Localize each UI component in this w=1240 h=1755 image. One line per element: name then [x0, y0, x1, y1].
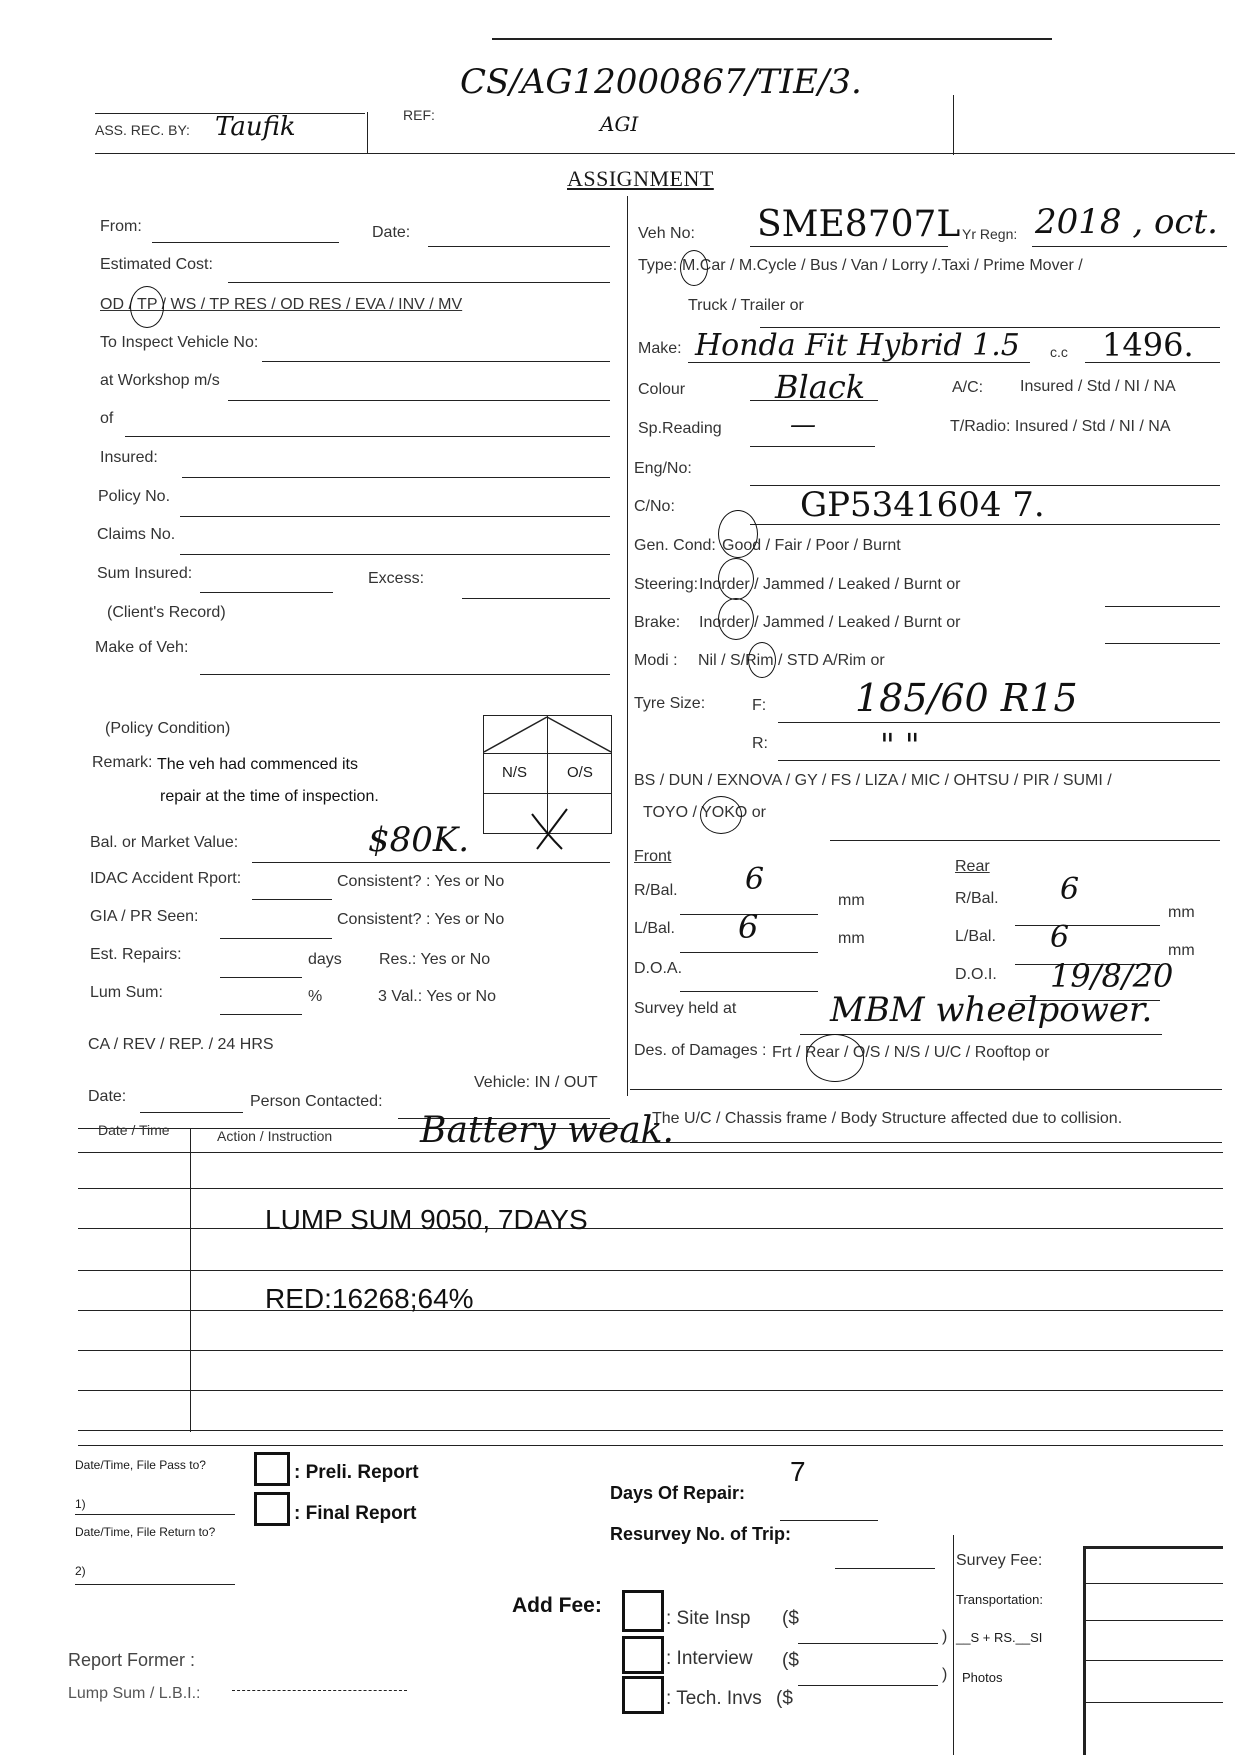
modi-options[interactable]: Nil / S/Rim / STD A/Rim or — [698, 652, 885, 670]
insured-label: Insured: — [100, 449, 158, 467]
make-of-veh-field[interactable] — [200, 674, 610, 675]
log-entry: LUMP SUM 9050, 7DAYS — [265, 1204, 588, 1236]
site-insp-close: ) — [942, 1628, 947, 1646]
fee-box-top — [1083, 1546, 1223, 1549]
report-former-label: Report Former : — [68, 1650, 195, 1671]
excess-field[interactable] — [462, 598, 610, 599]
log-entry: RED:16268;64% — [265, 1283, 474, 1315]
steering-selected-circle — [718, 558, 754, 600]
tech-invs-checkbox[interactable] — [622, 1676, 664, 1714]
damages-other-field[interactable] — [630, 1089, 1222, 1090]
interview-checkbox[interactable] — [622, 1636, 664, 1674]
remark-line-1: The veh had commenced its — [157, 756, 358, 774]
fee-box-row[interactable] — [1086, 1660, 1223, 1661]
lum-sum-field[interactable] — [220, 1014, 302, 1015]
remark-label: Remark: — [92, 754, 152, 772]
front-rbal-label: R/Bal. — [634, 882, 678, 900]
type-selected-circle — [680, 250, 708, 286]
modi-label: Modi : — [634, 652, 678, 670]
type-label: Type: — [638, 257, 677, 275]
steering-label: Steering: — [634, 576, 698, 594]
fee-panel-divider — [953, 1535, 954, 1755]
claims-label: Claims No. — [97, 526, 175, 544]
type-options-2[interactable]: Truck / Trailer or — [688, 297, 804, 315]
claims-field[interactable] — [180, 554, 610, 555]
fee-box-row[interactable] — [1086, 1620, 1223, 1621]
header-divider-right — [953, 95, 954, 155]
final-report-checkbox[interactable] — [254, 1492, 290, 1526]
tyre-rear-label: R: — [752, 735, 768, 753]
log-row-line — [78, 1228, 1223, 1229]
yr-regn-field[interactable] — [1032, 246, 1227, 247]
resurvey-field[interactable] — [835, 1568, 935, 1569]
from-label: From: — [100, 218, 142, 236]
make-of-veh-label: Make of Veh: — [95, 639, 188, 657]
log-top-rule-right — [630, 1142, 1222, 1143]
date2-label: Date: — [88, 1088, 126, 1106]
tyre-size-label: Tyre Size: — [634, 695, 705, 713]
doi-label: D.O.I. — [955, 966, 997, 984]
estimated-cost-label: Estimated Cost: — [100, 256, 213, 274]
ass-rec-by-value: Taufik — [215, 112, 296, 142]
policy-field[interactable] — [180, 516, 610, 517]
rear-rbal-label: R/Bal. — [955, 890, 999, 908]
workshop-field[interactable] — [228, 400, 610, 401]
log-row-line — [78, 1188, 1223, 1189]
gia-consistent[interactable]: Consistent? : Yes or No — [337, 911, 504, 929]
insured-field[interactable] — [182, 477, 610, 478]
sum-insured-field[interactable] — [200, 592, 333, 593]
gen-cond-selected-circle — [718, 510, 758, 558]
vehicle-side-diagram: N/S O/S — [483, 715, 612, 834]
claim-type-selected-circle — [130, 286, 164, 328]
survey-held-value: MBM wheelpower. — [830, 990, 1152, 1030]
make-label: Make: — [638, 340, 682, 358]
file-return-label: Date/Time, File Return to? — [75, 1525, 215, 1539]
log-row-line — [78, 1310, 1223, 1311]
ns-label: N/S — [502, 764, 527, 781]
rear-lbal-value: 6 — [1050, 920, 1069, 955]
header-divider — [367, 112, 368, 154]
policy-label: Policy No. — [98, 488, 170, 506]
front-lbal-mm: mm — [838, 930, 865, 948]
header-bottom-rule — [95, 153, 1235, 154]
of-label: of — [100, 410, 113, 428]
log-column-divider — [190, 1128, 191, 1432]
sp-reading-field[interactable] — [750, 446, 875, 447]
interview-amount-field[interactable] — [798, 1685, 938, 1686]
three-val-options[interactable]: 3 Val.: Yes or No — [378, 988, 496, 1006]
days-of-repair-label: Days Of Repair: — [610, 1483, 745, 1504]
resurvey-label: Resurvey No. of Trip: — [610, 1524, 791, 1545]
res-options[interactable]: Res.: Yes or No — [379, 951, 490, 969]
clients-record-label: (Client's Record) — [107, 604, 226, 622]
sp-reading-value: — — [790, 410, 816, 440]
rear-rbal-field[interactable] — [1015, 925, 1160, 926]
survey-held-label: Survey held at — [634, 1000, 736, 1018]
ac-label: A/C: — [952, 379, 983, 397]
veh-no-field[interactable] — [750, 246, 948, 247]
tyre-rear-value: " " — [880, 726, 920, 764]
brake-label: Brake: — [634, 614, 680, 632]
veh-no-value: SME8707L — [757, 204, 960, 245]
photos-label: Photos — [962, 1670, 1002, 1685]
chassis-note: The U/C / Chassis frame / Body Structure… — [652, 1110, 1122, 1128]
idac-field[interactable] — [252, 899, 332, 900]
item-2-label: 2) — [75, 1564, 86, 1578]
gia-label: GIA / PR Seen: — [90, 908, 199, 926]
tyre-front-value: 185/60 R15 — [855, 676, 1078, 720]
column-divider — [627, 196, 628, 1096]
steering-other-field[interactable] — [1105, 606, 1220, 607]
estimated-cost-field[interactable] — [228, 282, 610, 283]
tyre-front-field[interactable] — [778, 722, 1220, 723]
colour-label: Colour — [638, 381, 685, 399]
colour-value: Black — [775, 368, 865, 406]
inspect-vehicle-field[interactable] — [262, 361, 610, 362]
footer-top-rule — [78, 1445, 1223, 1446]
ref-sub: AGI — [600, 112, 638, 136]
damages-selected-circle — [806, 1034, 864, 1082]
remark-line-2: repair at the time of inspection. — [160, 788, 379, 806]
sp-reading-label: Sp.Reading — [638, 420, 722, 438]
survey-held-field[interactable] — [800, 1034, 1162, 1035]
est-repairs-field[interactable] — [220, 977, 302, 978]
front-rbal-mm: mm — [838, 892, 865, 910]
excess-label: Excess: — [368, 570, 424, 588]
tech-invs-label: : Tech. Invs — [666, 1688, 762, 1710]
policy-condition-label: (Policy Condition) — [105, 720, 230, 738]
make-value: Honda Fit Hybrid 1.5 — [695, 328, 1020, 363]
cross-mark-icon — [522, 804, 582, 854]
tyre-brand-selected-circle — [700, 796, 742, 834]
log-action-header: Action / Instruction — [217, 1128, 332, 1144]
tradio-options[interactable]: T/Radio: Insured / Std / NI / NA — [950, 418, 1171, 436]
front-lbal-field[interactable] — [680, 952, 818, 953]
days-of-repair-value: 7 — [790, 1456, 806, 1488]
of-field[interactable] — [125, 436, 610, 437]
date-field[interactable] — [428, 246, 610, 247]
preli-report-checkbox[interactable] — [254, 1452, 290, 1486]
interview-close: ) — [942, 1666, 947, 1684]
market-value-label: Bal. or Market Value: — [90, 834, 238, 852]
date2-field[interactable] — [140, 1112, 243, 1113]
eng-no-label: Eng/No: — [634, 460, 692, 478]
vehicle-in-out[interactable]: Vehicle: IN / OUT — [474, 1074, 598, 1092]
ca-rev-rep-options[interactable]: CA / REV / REP. / 24 HRS — [88, 1036, 274, 1054]
days-of-repair-field[interactable] — [780, 1520, 878, 1521]
idac-consistent[interactable]: Consistent? : Yes or No — [337, 873, 504, 891]
tyre-brands-1[interactable]: BS / DUN / EXNOVA / GY / FS / LIZA / MIC… — [634, 772, 1112, 790]
from-field[interactable] — [152, 242, 339, 243]
lum-sum-label: Lum Sum: — [90, 984, 163, 1002]
date-label: Date: — [372, 224, 410, 242]
tyre-front-label: F: — [752, 697, 766, 715]
log-row-line — [78, 1430, 1223, 1431]
ac-options[interactable]: Insured / Std / NI / NA — [1020, 378, 1176, 396]
damages-label: Des. of Damages : — [634, 1042, 767, 1060]
cc-value: 1496. — [1102, 326, 1194, 364]
type-options-1[interactable]: M.Car / M.Cycle / Bus / Van / Lorry /.Ta… — [682, 257, 1083, 275]
yr-regn-label: Yr Regn: — [962, 226, 1017, 242]
front-lbal-value: 6 — [738, 908, 758, 946]
modi-selected-circle — [748, 642, 776, 678]
interview-dollar: ($ — [782, 1650, 799, 1672]
log-row-line — [78, 1270, 1223, 1271]
log-handwritten-note: Battery weak. — [420, 1110, 674, 1151]
transport-formula: __S + RS.__SI — [956, 1630, 1042, 1645]
site-insp-checkbox[interactable] — [622, 1590, 664, 1632]
fee-box-left — [1083, 1546, 1086, 1755]
final-report-label: : Final Report — [294, 1503, 416, 1525]
ass-rec-by-label: ASS. REC. BY: — [95, 122, 190, 138]
site-insp-dollar: ($ — [782, 1608, 799, 1630]
market-value-field[interactable] — [252, 862, 610, 863]
rear-rbal-mm: mm — [1168, 904, 1195, 922]
lump-sum-lbi-label: Lump Sum / L.B.I.: — [68, 1685, 201, 1703]
cc-label: c.c — [1050, 344, 1068, 360]
days-label: days — [308, 951, 342, 969]
log-row-line — [78, 1390, 1223, 1391]
workshop-label: at Workshop m/s — [100, 372, 220, 390]
c-no-label: C/No: — [634, 498, 675, 516]
ref-label: REF: — [403, 107, 435, 123]
fee-box-row[interactable] — [1086, 1583, 1223, 1584]
report-former-field[interactable] — [232, 1690, 407, 1691]
front-lbal-label: L/Bal. — [634, 920, 675, 938]
site-insp-amount-field[interactable] — [798, 1643, 938, 1644]
item-1-label: 1) — [75, 1497, 86, 1511]
front-rbal-value: 6 — [745, 862, 764, 897]
gia-field[interactable] — [220, 938, 332, 939]
rear-lbal-label: L/Bal. — [955, 928, 996, 946]
preli-report-label: : Preli. Report — [294, 1462, 419, 1484]
rear-label: Rear — [955, 858, 990, 876]
tech-invs-dollar: ($ — [776, 1688, 793, 1710]
inspect-vehicle-label: To Inspect Vehicle No: — [100, 334, 258, 352]
fee-box-row[interactable] — [1086, 1702, 1223, 1703]
log-row-line — [78, 1350, 1223, 1351]
transportation-label: Transportation: — [956, 1592, 1043, 1607]
front-label: Front — [634, 848, 671, 866]
brake-selected-circle — [718, 598, 754, 640]
yr-regn-value: 2018 , oct. — [1035, 202, 1218, 242]
file-pass-field[interactable] — [75, 1514, 235, 1515]
add-fee-label: Add Fee: — [512, 1594, 602, 1618]
survey-fee-label: Survey Fee: — [956, 1552, 1042, 1570]
doa-label: D.O.A. — [634, 960, 682, 978]
page-title: ASSIGNMENT — [567, 166, 714, 192]
market-value: $80K. — [368, 820, 469, 860]
doa-field[interactable] — [680, 991, 818, 992]
interview-label: : Interview — [666, 1648, 753, 1670]
gen-cond-label: Gen. Cond: — [634, 537, 716, 555]
rear-rbal-value: 6 — [1060, 872, 1079, 907]
veh-no-label: Veh No: — [638, 225, 695, 243]
file-pass-label: Date/Time, File Pass to? — [75, 1458, 206, 1472]
percent-label: % — [308, 988, 322, 1006]
est-repairs-label: Est. Repairs: — [90, 946, 182, 964]
ref-value: CS/AG12000867/TIE/3. — [460, 62, 862, 102]
tyre-brand-other-field[interactable] — [830, 840, 1220, 841]
c-no-value: GP5341604 7. — [800, 485, 1045, 525]
log-row-line — [78, 1152, 1223, 1153]
person-contacted-label: Person Contacted: — [250, 1093, 383, 1111]
sum-insured-label: Sum Insured: — [97, 565, 192, 583]
top-rule — [492, 38, 1052, 40]
site-insp-label: : Site Insp — [666, 1608, 751, 1630]
brake-other-field[interactable] — [1105, 643, 1220, 644]
tyre-rear-field[interactable] — [778, 760, 1220, 761]
os-label: O/S — [567, 764, 593, 781]
file-return-field[interactable] — [75, 1584, 235, 1585]
log-date-time-header: Date / Time — [98, 1122, 170, 1138]
idac-label: IDAC Accident Rport: — [90, 870, 241, 888]
